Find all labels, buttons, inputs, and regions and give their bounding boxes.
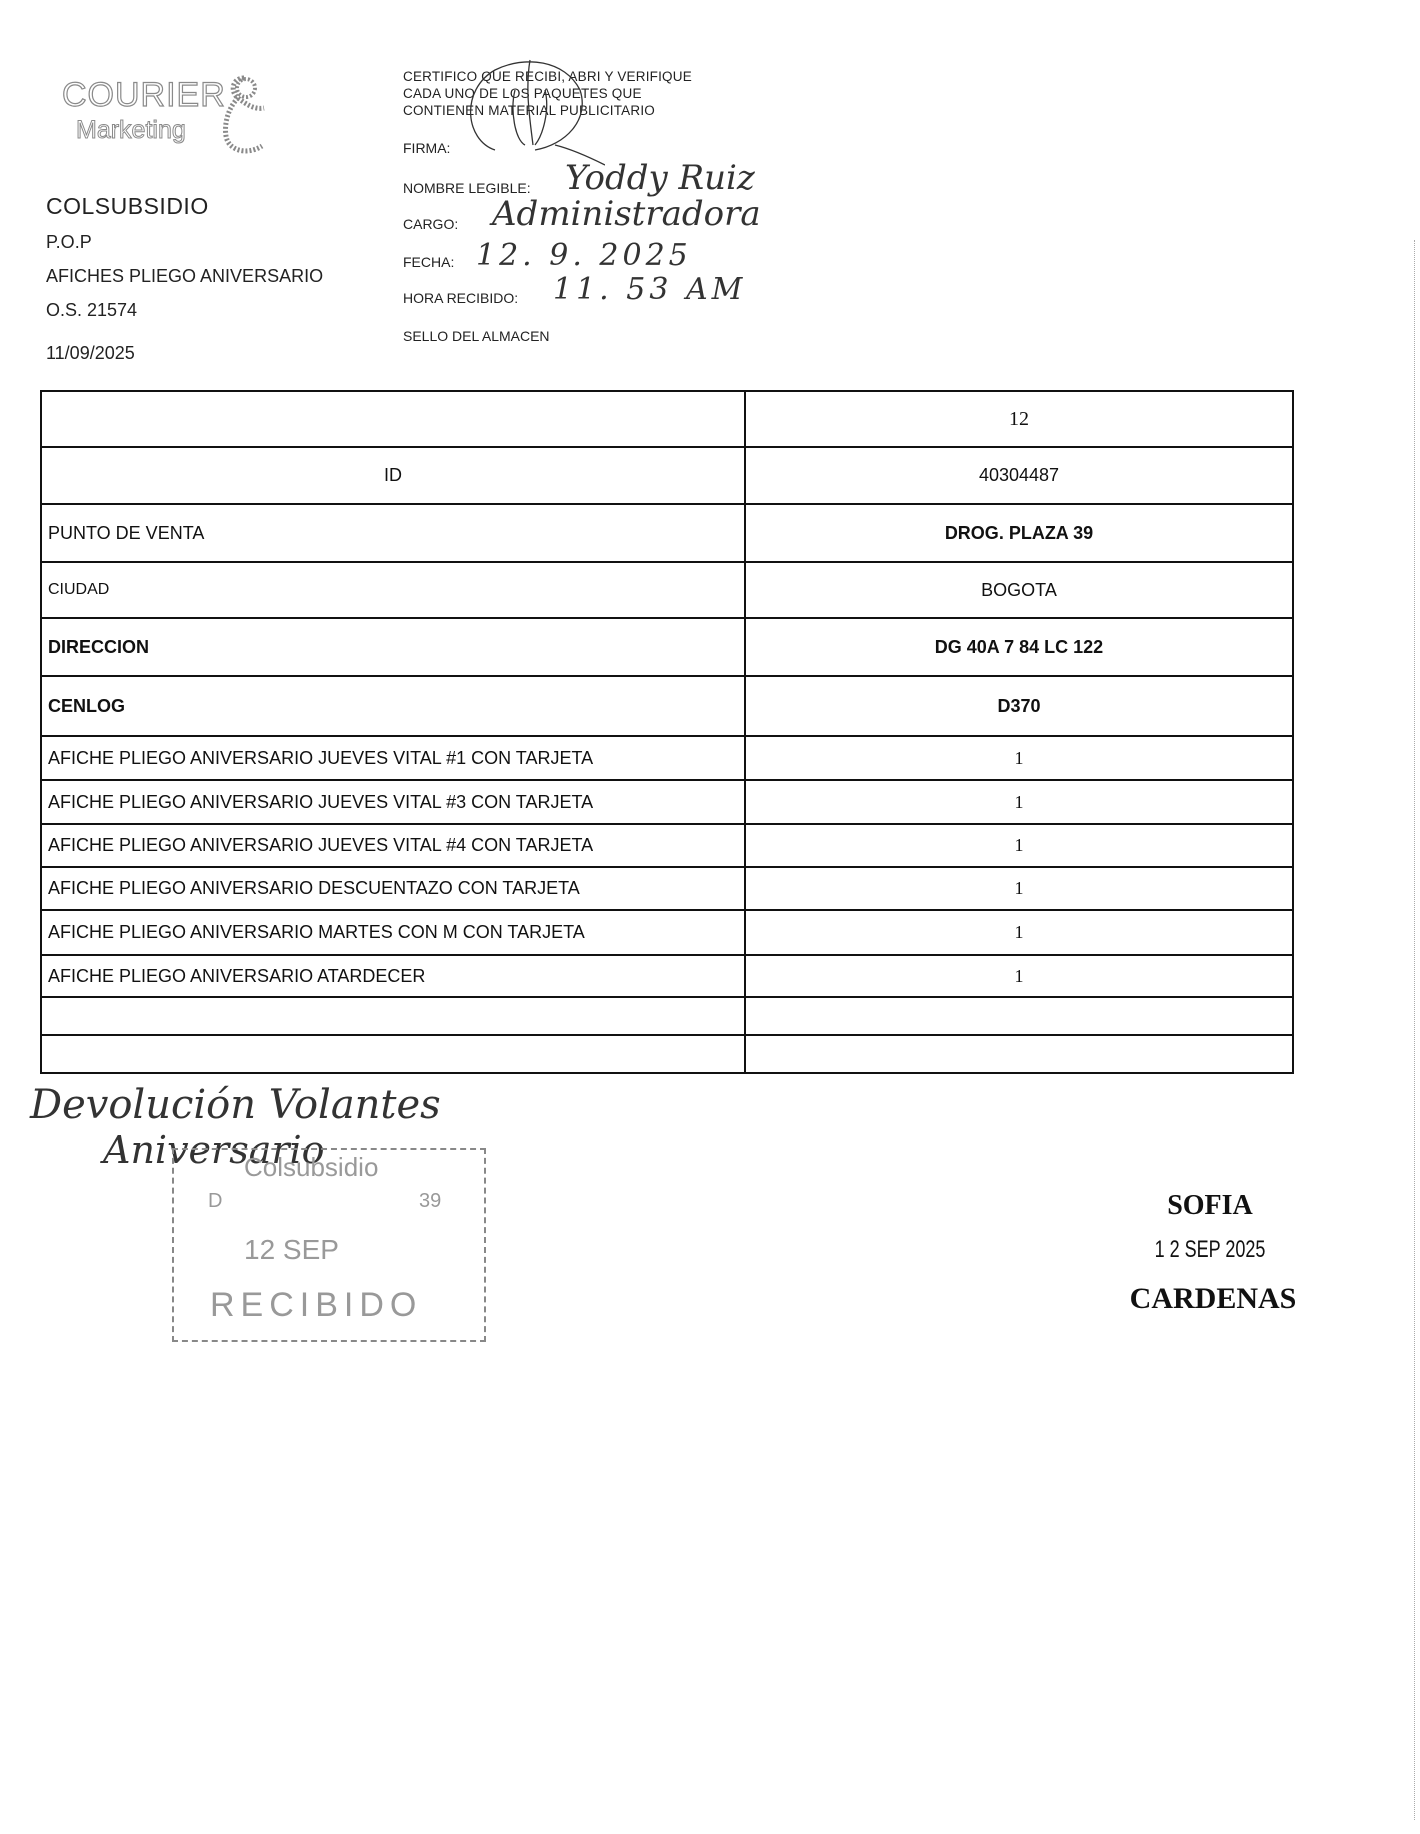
fecha-label: FECHA: bbox=[403, 254, 454, 270]
company-name: COLSUBSIDIO bbox=[46, 193, 209, 220]
item-name: AFICHE PLIEGO ANIVERSARIO JUEVES VITAL #… bbox=[41, 824, 745, 867]
fecha-value: 12. 9. 2025 bbox=[476, 238, 692, 273]
document-date: 11/09/2025 bbox=[46, 343, 135, 364]
item-qty: 1 bbox=[745, 780, 1293, 824]
row-value-id: 40304487 bbox=[745, 447, 1293, 504]
cargo-value: Administradora bbox=[492, 194, 761, 234]
stamp-left-mark: D bbox=[208, 1190, 222, 1213]
item-qty: 1 bbox=[745, 824, 1293, 867]
stamp-number: 39 bbox=[419, 1190, 441, 1213]
item-row: AFICHE PLIEGO ANIVERSARIO ATARDECER 1 bbox=[41, 955, 1293, 997]
row-key-cenlog: CENLOG bbox=[41, 676, 745, 736]
stamp-word: RECIBIDO bbox=[210, 1286, 422, 1325]
table-row: ID 40304487 bbox=[41, 447, 1293, 504]
table-cell-empty bbox=[41, 1035, 745, 1073]
order-number: O.S. 21574 bbox=[46, 300, 137, 321]
row-value-direccion: DG 40A 7 84 LC 122 bbox=[745, 618, 1293, 676]
stamp-date: 1 2 SEP 2025 bbox=[1135, 1236, 1285, 1264]
handwritten-note-line1: Devolución Volantes bbox=[30, 1082, 441, 1128]
item-name: AFICHE PLIEGO ANIVERSARIO DESCUENTAZO CO… bbox=[41, 867, 745, 910]
item-name: AFICHE PLIEGO ANIVERSARIO MARTES CON M C… bbox=[41, 910, 745, 955]
item-row: AFICHE PLIEGO ANIVERSARIO MARTES CON M C… bbox=[41, 910, 1293, 955]
empty-row bbox=[41, 997, 1293, 1035]
table-row: DIRECCION DG 40A 7 84 LC 122 bbox=[41, 618, 1293, 676]
table-cell-empty bbox=[745, 1035, 1293, 1073]
product-title: AFICHES PLIEGO ANIVERSARIO bbox=[46, 266, 323, 287]
logo-line2: Marketing bbox=[76, 116, 186, 145]
table-row: CIUDAD BOGOTA bbox=[41, 562, 1293, 618]
category: P.O.P bbox=[46, 232, 92, 253]
item-name: AFICHE PLIEGO ANIVERSARIO JUEVES VITAL #… bbox=[41, 780, 745, 824]
item-row: AFICHE PLIEGO ANIVERSARIO DESCUENTAZO CO… bbox=[41, 867, 1293, 910]
hora-value: 11. 53 AM bbox=[553, 272, 746, 307]
item-name: AFICHE PLIEGO ANIVERSARIO ATARDECER bbox=[41, 955, 745, 997]
row-key-ciudad: CIUDAD bbox=[41, 562, 745, 618]
row-key-punto-de-venta: PUNTO DE VENTA bbox=[41, 504, 745, 562]
row-value-punto-de-venta: DROG. PLAZA 39 bbox=[745, 504, 1293, 562]
row-value-cenlog: D370 bbox=[745, 676, 1293, 736]
table-row: CENLOG D370 bbox=[41, 676, 1293, 736]
item-qty: 1 bbox=[745, 867, 1293, 910]
row-value-ciudad: BOGOTA bbox=[745, 562, 1293, 618]
stamp-first-name: SOFIA bbox=[1110, 1190, 1310, 1222]
delivery-table: 12 ID 40304487 PUNTO DE VENTA DROG. PLAZ… bbox=[40, 390, 1294, 1074]
signature-scribble bbox=[455, 50, 605, 170]
sello-label: SELLO DEL ALMACEN bbox=[403, 328, 550, 344]
item-row: AFICHE PLIEGO ANIVERSARIO JUEVES VITAL #… bbox=[41, 736, 1293, 780]
logo-line1: COURIER bbox=[62, 76, 226, 115]
table-row: 12 bbox=[41, 391, 1293, 447]
table-cell-empty bbox=[41, 997, 745, 1035]
cargo-label: CARGO: bbox=[403, 216, 458, 232]
scan-edge-line bbox=[1414, 240, 1416, 1820]
stamp-brand: Colsubsidio bbox=[244, 1152, 378, 1183]
item-name: AFICHE PLIEGO ANIVERSARIO JUEVES VITAL #… bbox=[41, 736, 745, 780]
item-qty: 1 bbox=[745, 736, 1293, 780]
firma-label: FIRMA: bbox=[403, 140, 450, 156]
row-key-id: ID bbox=[41, 447, 745, 504]
ampersand-logo-icon bbox=[220, 74, 280, 156]
hora-label: HORA RECIBIDO: bbox=[403, 290, 518, 306]
item-qty: 1 bbox=[745, 910, 1293, 955]
stamp-last-name: CARDENAS bbox=[1118, 1282, 1308, 1316]
courier-marketing-logo: COURIER Marketing bbox=[60, 74, 275, 156]
stamp-date: 12 SEP bbox=[244, 1234, 339, 1266]
table-row: PUNTO DE VENTA DROG. PLAZA 39 bbox=[41, 504, 1293, 562]
row-key-direccion: DIRECCION bbox=[41, 618, 745, 676]
top-value: 12 bbox=[745, 391, 1293, 447]
item-row: AFICHE PLIEGO ANIVERSARIO JUEVES VITAL #… bbox=[41, 780, 1293, 824]
empty-row bbox=[41, 1035, 1293, 1073]
item-row: AFICHE PLIEGO ANIVERSARIO JUEVES VITAL #… bbox=[41, 824, 1293, 867]
table-cell-empty bbox=[41, 391, 745, 447]
table-cell-empty bbox=[745, 997, 1293, 1035]
item-qty: 1 bbox=[745, 955, 1293, 997]
store-receipt-stamp: Colsubsidio D 39 12 SEP RECIBIDO bbox=[172, 1148, 486, 1342]
nombre-value: Yoddy Ruiz bbox=[565, 158, 755, 198]
